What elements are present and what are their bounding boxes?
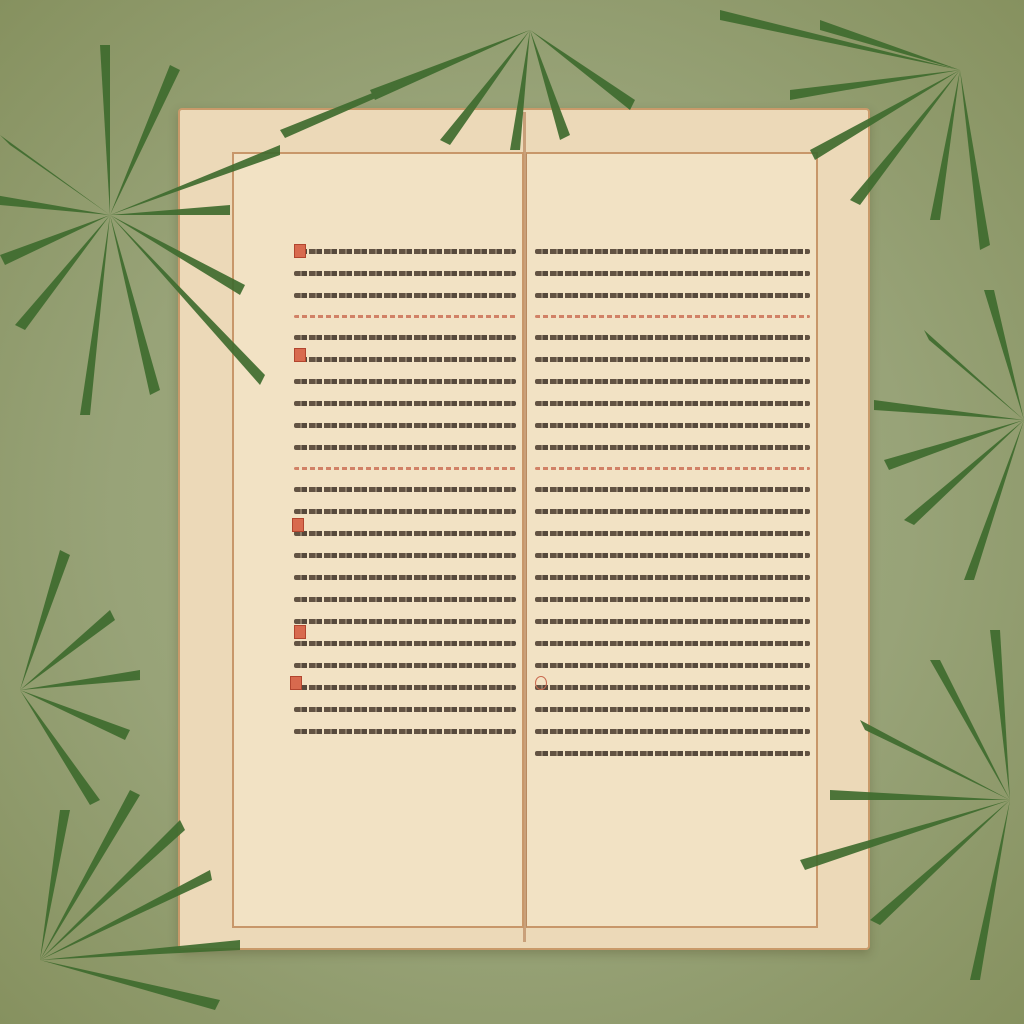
- palm-fronds-icon: [0, 0, 1024, 1024]
- manuscript-illustration: [0, 0, 1024, 1024]
